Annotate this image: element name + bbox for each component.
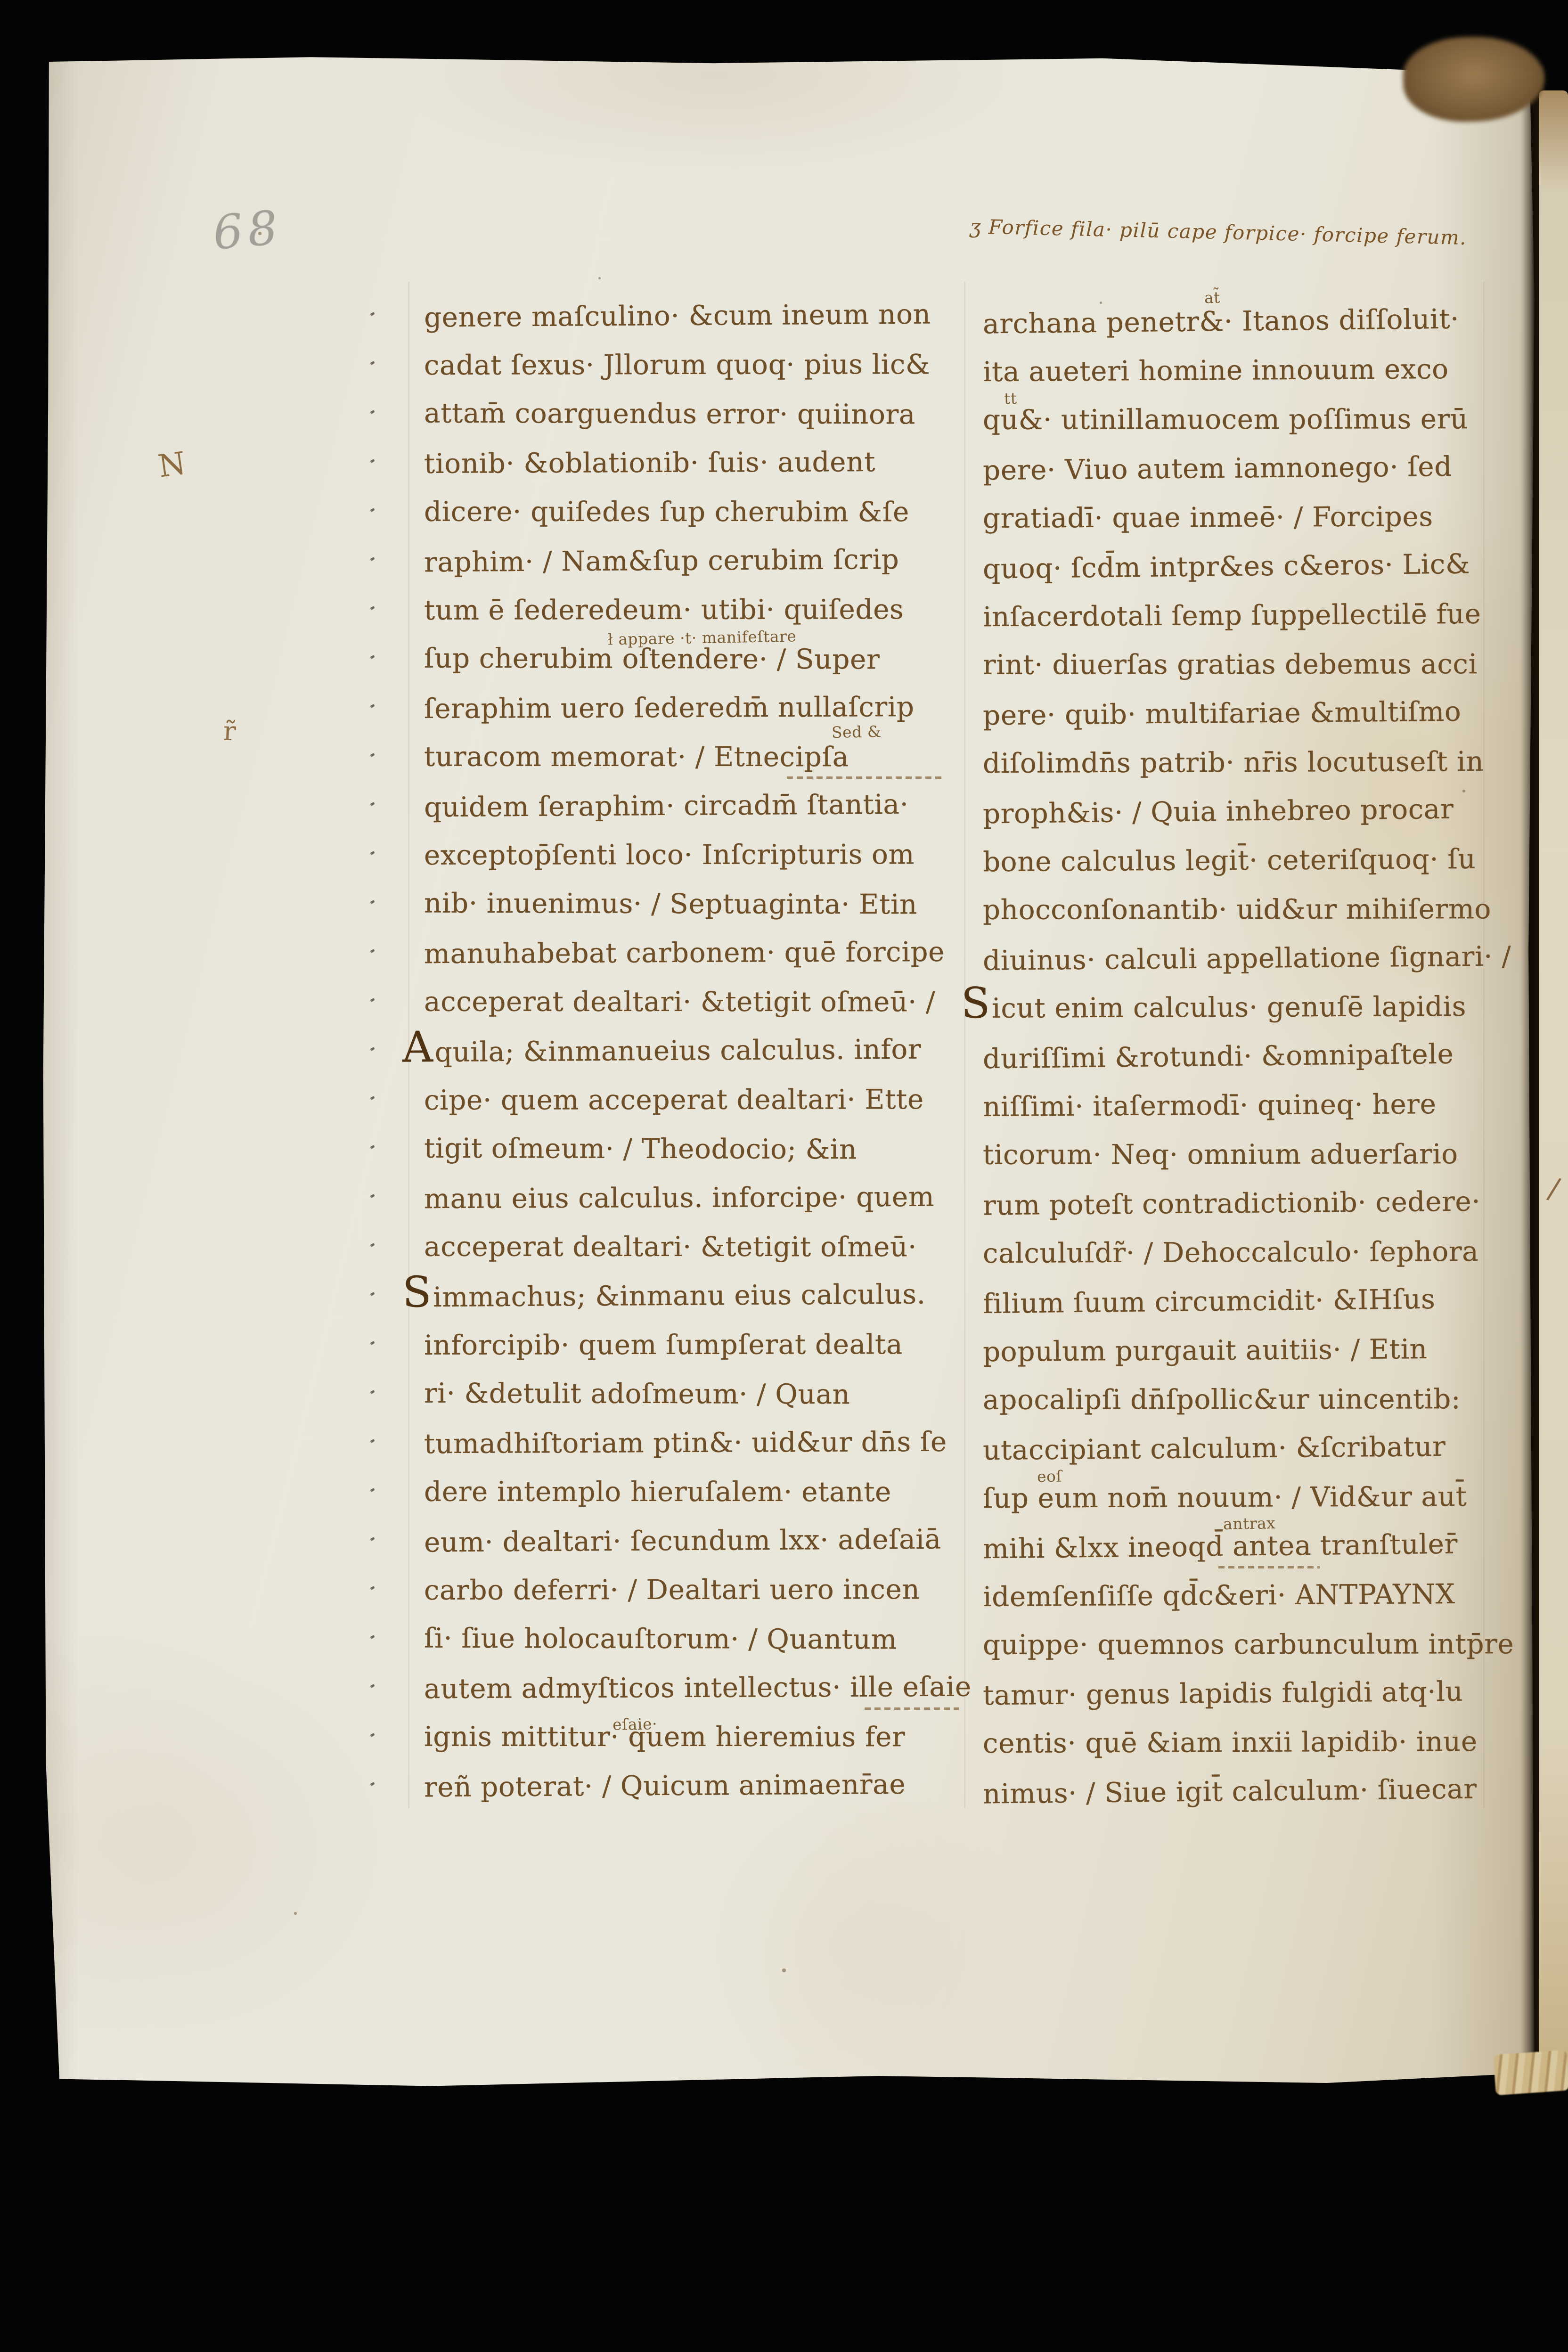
manuscript-text-line: reñ poterat· / Quicum animaenr̄ae [424,1768,906,1803]
interlinear-gloss: antrax [1223,1514,1276,1533]
manuscript-text-line: phocconſonantib· uid&ur mihiſermo [983,893,1491,926]
correction-underline [787,776,942,779]
manuscript-text-line: manu eius calculus. inforcipe· quem [424,1181,935,1215]
manuscript-text-line: qu&· utinillamuocem poſſimus erū [983,403,1468,436]
interlinear-gloss: eſaie· [612,1715,658,1734]
manuscript-text-line: populum purgauit auitiis· / Etin [983,1333,1428,1368]
manuscript-text-line: quoq· ſcd̄m intpr&es c&eros· Lic& [983,547,1470,585]
ruling-line-center [964,282,965,1808]
manuscript-text-line: mihi &lxx ineoqd̄ antea tranſtuler̄ [983,1528,1458,1565]
manuscript-text-line: acceperat dealtari· &tetigit oſmeū· [424,1231,917,1263]
ink-speck [258,232,261,235]
manuscript-text-line: idemſenſiſſe qd̄c&eri· ANTPAYNX [983,1578,1455,1613]
manuscript-text-line: exceptop̄ſenti loco· Inſcripturis om [424,838,915,871]
manuscript-text-line: tamur· genus lapidis fulgidi atq·lu [983,1675,1463,1712]
margin-mark: r̃ [223,716,237,747]
manuscript-text-line: apocalipſi dn̄ſpollic&ur uincentib: [983,1383,1461,1416]
manuscript-text-line: quippe· quemnos carbunculum intp̄re [983,1628,1514,1661]
manuscript-text-line: autem admyſticos intellectus· ille eſaie [424,1671,972,1705]
manuscript-text-line: tigit oſmeum· / Theodocio; &in [424,1132,857,1166]
manuscript-text-line: calculuſdr̃· / Dehoccalculo· ſephora [983,1235,1479,1269]
interlinear-gloss: Sed & [832,722,882,742]
manuscript-text-line: genere maſculino· &cum ineum non [424,298,931,334]
adjacent-page-edge [1539,90,1568,2088]
manuscript-text-line: quidem ſeraphim· circadm̄ ſtantia· [424,788,909,823]
manuscript-text-line: filium ſuum circumcidit· &IHſus [983,1283,1436,1320]
manuscript-text-line: duriſſimi &rotundi· &omnipaſtele [983,1038,1454,1075]
manuscript-text-line: dicere· quiſedes ſup cherubim &ſe [424,496,909,528]
ruling-line-right [1483,282,1485,1808]
interlinear-gloss: at̃ [1204,288,1221,307]
ink-speck [1462,790,1465,792]
manuscript-text-line: cadat ſexus· Jllorum quoq· pius lic& [424,348,930,381]
manuscript-text-line: ticorum· Neq· omnium aduerſario [983,1138,1458,1171]
page-stack-bottom-edge [1493,2050,1568,2096]
manuscript-text-line: nib· inuenimus· / Septuaginta· Etin [424,887,917,921]
manuscript-text-line: Simmachus; &inmanu eius calculus. [402,1278,926,1314]
folio-number-pencil: 68 [211,200,285,261]
ink-speck [294,1912,297,1915]
manuscript-text-line: ſup eum nom̄ nouum· / Vid&ur aut̄ [983,1480,1467,1514]
manuscript-text-line: niſſimi· itaſermodī· quineq· here [983,1088,1437,1123]
manuscript-text-line: proph&is· / Quia inhebreo procar [983,793,1454,830]
correction-underline [865,1707,959,1710]
manuscript-text-line: tionib· &oblationib· ſuis· audent [424,446,875,480]
manuscript-text-line: attam̄ coarguendus error· quiinora [424,397,915,431]
manuscript-text-line: manuhabebat carbonem· quē forcipe [424,936,945,970]
manuscript-text-line: inforcipib· quem ſumpſerat dealta [424,1328,903,1361]
ink-speck [1100,302,1102,304]
manuscript-text-line: nimus· / Siue igit̄ calculum· ſiuecar [983,1772,1477,1810]
manuscript-text-line: ſi· ſiue holocauſtorum· / Quantum [424,1622,897,1656]
ink-speck [782,1968,786,1972]
manuscript-text-line: diſolimdn̄s patrib· nr̄is locutuseſt in [983,745,1484,779]
manuscript-text-line: rint· diuerſas gratias debemus acci [983,648,1478,681]
manuscript-text-line: carbo deferri· / Dealtari uero incen [424,1573,920,1606]
manuscript-text-line: raphim· / Nam&ſup cerubim ſcrip [424,543,899,578]
interlinear-gloss: eoſ [1037,1467,1062,1486]
manuscript-text-line: inſacerdotali ſemp ſuppellectilē fue [983,598,1481,633]
interlinear-gloss: ł appare ·t· manifeſtare [608,627,797,649]
ink-speck [598,277,601,279]
manuscript-text-line: gratiadī· quae inmeē· / Forcipes [983,500,1433,534]
manuscript-text-line: acceperat dealtari· &tetigit oſmeū· / [424,986,935,1018]
manuscript-text-line: ignis mittitur· quem hieremius fer [424,1721,905,1753]
manuscript-text-line: dere intemplo hieruſalem· etante [424,1476,891,1508]
interlinear-gloss: tt [1004,389,1017,408]
decorated-initial: S [402,1268,432,1317]
manuscript-text-line: eum· dealtari· ſecundum lxx· adeſaiā [424,1523,941,1559]
manuscript-text-line: centis· quē &iam inxii lapidib· inue [983,1725,1478,1759]
manuscript-text-line: diuinus· calculi appellatione ſignari· / [983,940,1511,976]
manuscript-text-line: Aquila; &inmanueius calculus. infor [402,1033,922,1069]
correction-underline [1218,1566,1320,1568]
manuscript-text-line: ita aueteri homine innouum exco [983,353,1449,388]
manuscript-text-line: bone calculus legit̄· ceteriſquoq· ſu [983,843,1476,878]
manuscript-text-line: turacom memorat· / Etnecipſa [424,741,849,773]
manuscript-text-line: pere· Viuo autem iamnonego· ſed [983,450,1453,486]
manuscript-text-line: Sicut enim calculus· genuſē lapidis [961,990,1466,1024]
manuscript-text-line: pere· quib· multifariae &multiſmo [983,695,1462,732]
manuscript-text-line: tum ē ſederedeum· utibi· quiſedes [424,593,904,626]
decorated-initial: A [402,1023,433,1072]
manuscript-text-line: cipe· quem acceperat dealtari· Ette [424,1083,924,1116]
manuscript-text-line: utaccipiant calculum· &ſcribatur [983,1430,1446,1466]
manuscript-photo: 68 ʒ Forfice fila· pilū cape forpice· fo… [0,0,1568,2352]
manuscript-text-line: rum poteſt contradictionib· cedere· [983,1185,1481,1222]
decorated-initial: S [961,979,991,1028]
manuscript-text-line: ri· &detulit adoſmeum· / Quan [424,1377,850,1411]
manuscript-text-line: tumadhiſtoriam ptin&· uid&ur dn̄s ſe [424,1426,947,1460]
nota-margin-mark: N [156,445,188,484]
manuscript-text-line: ſeraphim uero ſederedm̄ nullaſcrip [424,691,915,725]
manuscript-text-line: archana penetr&· Itanos diſſoluit· [983,303,1460,340]
